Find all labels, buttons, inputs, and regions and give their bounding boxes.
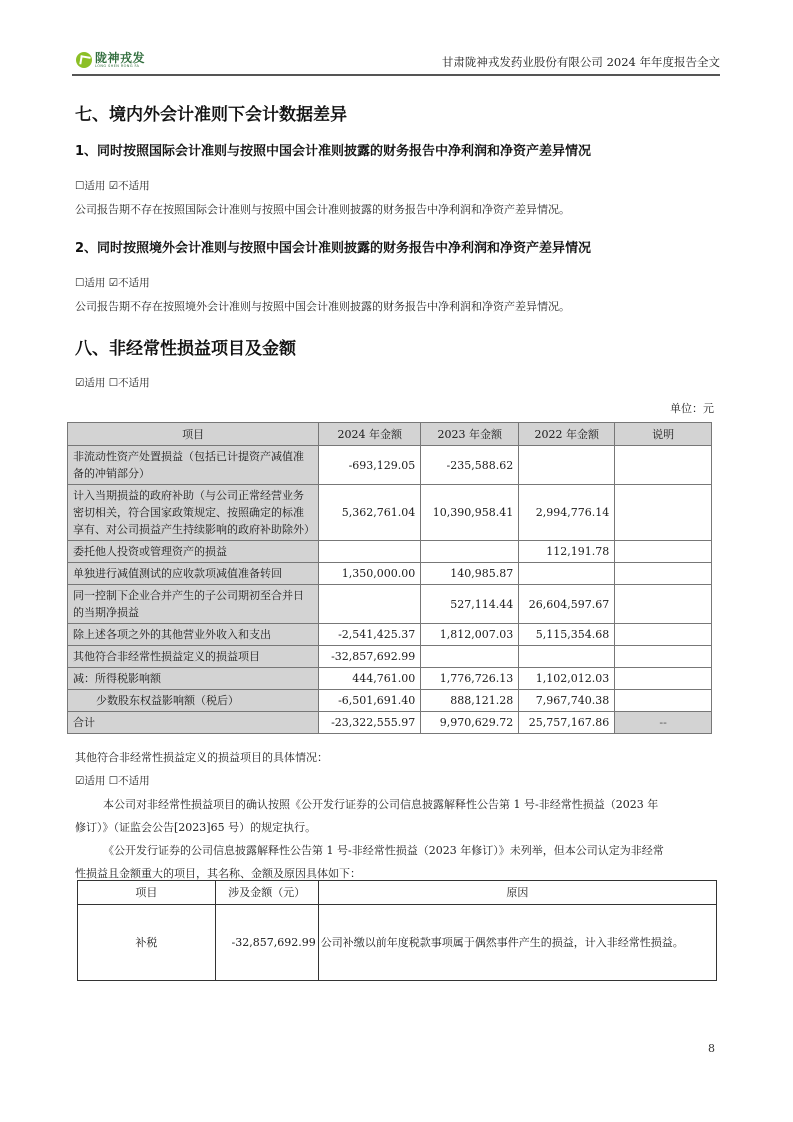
row-item: 委托他人投资或管理资产的损益: [68, 541, 319, 563]
row-item: 同一控制下企业合并产生的子公司期初至合并日的当期净损益: [68, 585, 319, 624]
subsection-1-text: 公司报告期不存在按照国际会计准则与按照中国会计准则披露的财务报告中净利润和净资产…: [75, 201, 570, 217]
row-item: 合计: [68, 712, 319, 734]
cell-2023: 1,812,007.03: [421, 624, 519, 646]
table-row: 同一控制下企业合并产生的子公司期初至合并日的当期净损益 527,114.44 2…: [68, 585, 712, 624]
detail-header-reason: 原因: [318, 881, 716, 905]
table-row: 减：所得税影响额 444,761.00 1,776,726.13 1,102,0…: [68, 668, 712, 690]
logo-subtext: LONG SHEN RONG FA: [95, 65, 145, 69]
cell-note: [615, 624, 712, 646]
page-number: 8: [708, 1042, 715, 1055]
cell-2024: [319, 541, 421, 563]
detail-amount: -32,857,692.99: [215, 905, 318, 981]
cell-2022: 26,604,597.67: [519, 585, 615, 624]
detail-header-row: 项目 涉及金额（元） 原因: [78, 881, 717, 905]
cell-note: [615, 690, 712, 712]
table-row: 非流动性资产处置损益（包括已计提资产减值准备的冲销部分） -693,129.05…: [68, 446, 712, 485]
logo-icon: [76, 52, 92, 68]
page-header: 陇神戎发 LONG SHEN RONG FA 甘肃陇神戎发药业股份有限公司 20…: [72, 44, 720, 76]
other-items-applicability: ☑适用 ☐不适用: [75, 773, 150, 788]
significant-items-table: 项目 涉及金额（元） 原因 补税 -32,857,692.99 公司补缴以前年度…: [77, 880, 717, 981]
cell-2023: 10,390,958.41: [421, 485, 519, 541]
cell-2023: 140,985.87: [421, 563, 519, 585]
cell-2022: 5,115,354.68: [519, 624, 615, 646]
unit-label: 单位：元: [670, 400, 714, 416]
row-item: 其他符合非经常性损益定义的损益项目: [68, 646, 319, 668]
cell-2022: 2,994,776.14: [519, 485, 615, 541]
paragraph-2-line-1: 《公开发行证券的公司信息披露解释性公告第 1 号-非经常性损益（2023 年修订…: [103, 842, 664, 858]
table-row: 计入当期损益的政府补助（与公司正常经营业务密切相关，符合国家政策规定、按照确定的…: [68, 485, 712, 541]
row-item: 计入当期损益的政府补助（与公司正常经营业务密切相关，符合国家政策规定、按照确定的…: [68, 485, 319, 541]
cell-note: --: [615, 712, 712, 734]
cell-2024: [319, 585, 421, 624]
cell-2022: 1,102,012.03: [519, 668, 615, 690]
cell-2023: 888,121.28: [421, 690, 519, 712]
cell-2022: [519, 563, 615, 585]
row-item: 单独进行减值测试的应收款项减值准备转回: [68, 563, 319, 585]
cell-note: [615, 563, 712, 585]
table-row: 单独进行减值测试的应收款项减值准备转回 1,350,000.00 140,985…: [68, 563, 712, 585]
section-8-title: 八、非经常性损益项目及金额: [75, 334, 296, 359]
detail-header-item: 项目: [78, 881, 216, 905]
table-header-row: 项目 2024 年金额 2023 年金额 2022 年金额 说明: [68, 423, 712, 446]
cell-note: [615, 646, 712, 668]
row-item: 少数股东权益影响额（税后）: [68, 690, 319, 712]
cell-2023: 9,970,629.72: [421, 712, 519, 734]
cell-2023: -235,588.62: [421, 446, 519, 485]
detail-row: 补税 -32,857,692.99 公司补缴以前年度税款事项属于偶然事件产生的损…: [78, 905, 717, 981]
row-item: 减：所得税影响额: [68, 668, 319, 690]
row-item: 非流动性资产处置损益（包括已计提资产减值准备的冲销部分）: [68, 446, 319, 485]
cell-note: [615, 446, 712, 485]
cell-2024: 1,350,000.00: [319, 563, 421, 585]
detail-header-amount: 涉及金额（元）: [215, 881, 318, 905]
cell-note: [615, 541, 712, 563]
company-logo: 陇神戎发 LONG SHEN RONG FA: [76, 48, 145, 72]
subsection-2-text: 公司报告期不存在按照境外会计准则与按照中国会计准则披露的财务报告中净利润和净资产…: [75, 298, 570, 314]
non-recurring-gains-table: 项目 2024 年金额 2023 年金额 2022 年金额 说明 非流动性资产处…: [67, 422, 712, 734]
cell-note: [615, 585, 712, 624]
header-2023: 2023 年金额: [421, 423, 519, 446]
table-row: 少数股东权益影响额（税后） -6,501,691.40 888,121.28 7…: [68, 690, 712, 712]
cell-2024: -6,501,691.40: [319, 690, 421, 712]
table-row: 除上述各项之外的其他营业外收入和支出 -2,541,425.37 1,812,0…: [68, 624, 712, 646]
cell-2024: -693,129.05: [319, 446, 421, 485]
table-total-row: 合计 -23,322,555.97 9,970,629.72 25,757,16…: [68, 712, 712, 734]
subsection-1-title: 1、同时按照国际会计准则与按照中国会计准则披露的财务报告中净利润和净资产差异情况: [75, 140, 591, 159]
subsection-2-title: 2、同时按照境外会计准则与按照中国会计准则披露的财务报告中净利润和净资产差异情况: [75, 237, 591, 256]
report-title: 甘肃陇神戎发药业股份有限公司 2024 年年度报告全文: [442, 54, 720, 70]
cell-2024: -32,857,692.99: [319, 646, 421, 668]
header-item: 项目: [68, 423, 319, 446]
subsection-1-applicability: ☐适用 ☑不适用: [75, 178, 150, 193]
section-8-applicability: ☑适用 ☐不适用: [75, 375, 150, 390]
cell-2024: -2,541,425.37: [319, 624, 421, 646]
paragraph-2-line-2: 性损益且金额重大的项目，其名称、金额及原因具体如下：: [75, 865, 361, 881]
cell-note: [615, 485, 712, 541]
header-2024: 2024 年金额: [319, 423, 421, 446]
cell-2024: -23,322,555.97: [319, 712, 421, 734]
cell-2023: [421, 646, 519, 668]
cell-2022: 7,967,740.38: [519, 690, 615, 712]
cell-2022: [519, 446, 615, 485]
cell-2024: 5,362,761.04: [319, 485, 421, 541]
cell-2024: 444,761.00: [319, 668, 421, 690]
cell-note: [615, 668, 712, 690]
cell-2023: [421, 541, 519, 563]
cell-2023: 1,776,726.13: [421, 668, 519, 690]
table-row: 委托他人投资或管理资产的损益 112,191.78: [68, 541, 712, 563]
cell-2022: 25,757,167.86: [519, 712, 615, 734]
cell-2023: 527,114.44: [421, 585, 519, 624]
header-2022: 2022 年金额: [519, 423, 615, 446]
detail-reason: 公司补缴以前年度税款事项属于偶然事件产生的损益，计入非经常性损益。: [318, 905, 716, 981]
subsection-2-applicability: ☐适用 ☑不适用: [75, 275, 150, 290]
detail-item: 补税: [78, 905, 216, 981]
cell-2022: [519, 646, 615, 668]
table-row: 其他符合非经常性损益定义的损益项目 -32,857,692.99: [68, 646, 712, 668]
paragraph-1-line-2: 修订）》（证监会公告[2023]65 号）的规定执行。: [75, 819, 316, 835]
row-item: 除上述各项之外的其他营业外收入和支出: [68, 624, 319, 646]
other-items-title: 其他符合非经常性损益定义的损益项目的具体情况：: [75, 749, 328, 765]
paragraph-1-line-1: 本公司对非经常性损益项目的确认按照《公开发行证券的公司信息披露解释性公告第 1 …: [103, 796, 658, 812]
section-7-title: 七、境内外会计准则下会计数据差异: [75, 100, 347, 125]
cell-2022: 112,191.78: [519, 541, 615, 563]
logo-text: 陇神戎发: [95, 52, 145, 64]
header-note: 说明: [615, 423, 712, 446]
